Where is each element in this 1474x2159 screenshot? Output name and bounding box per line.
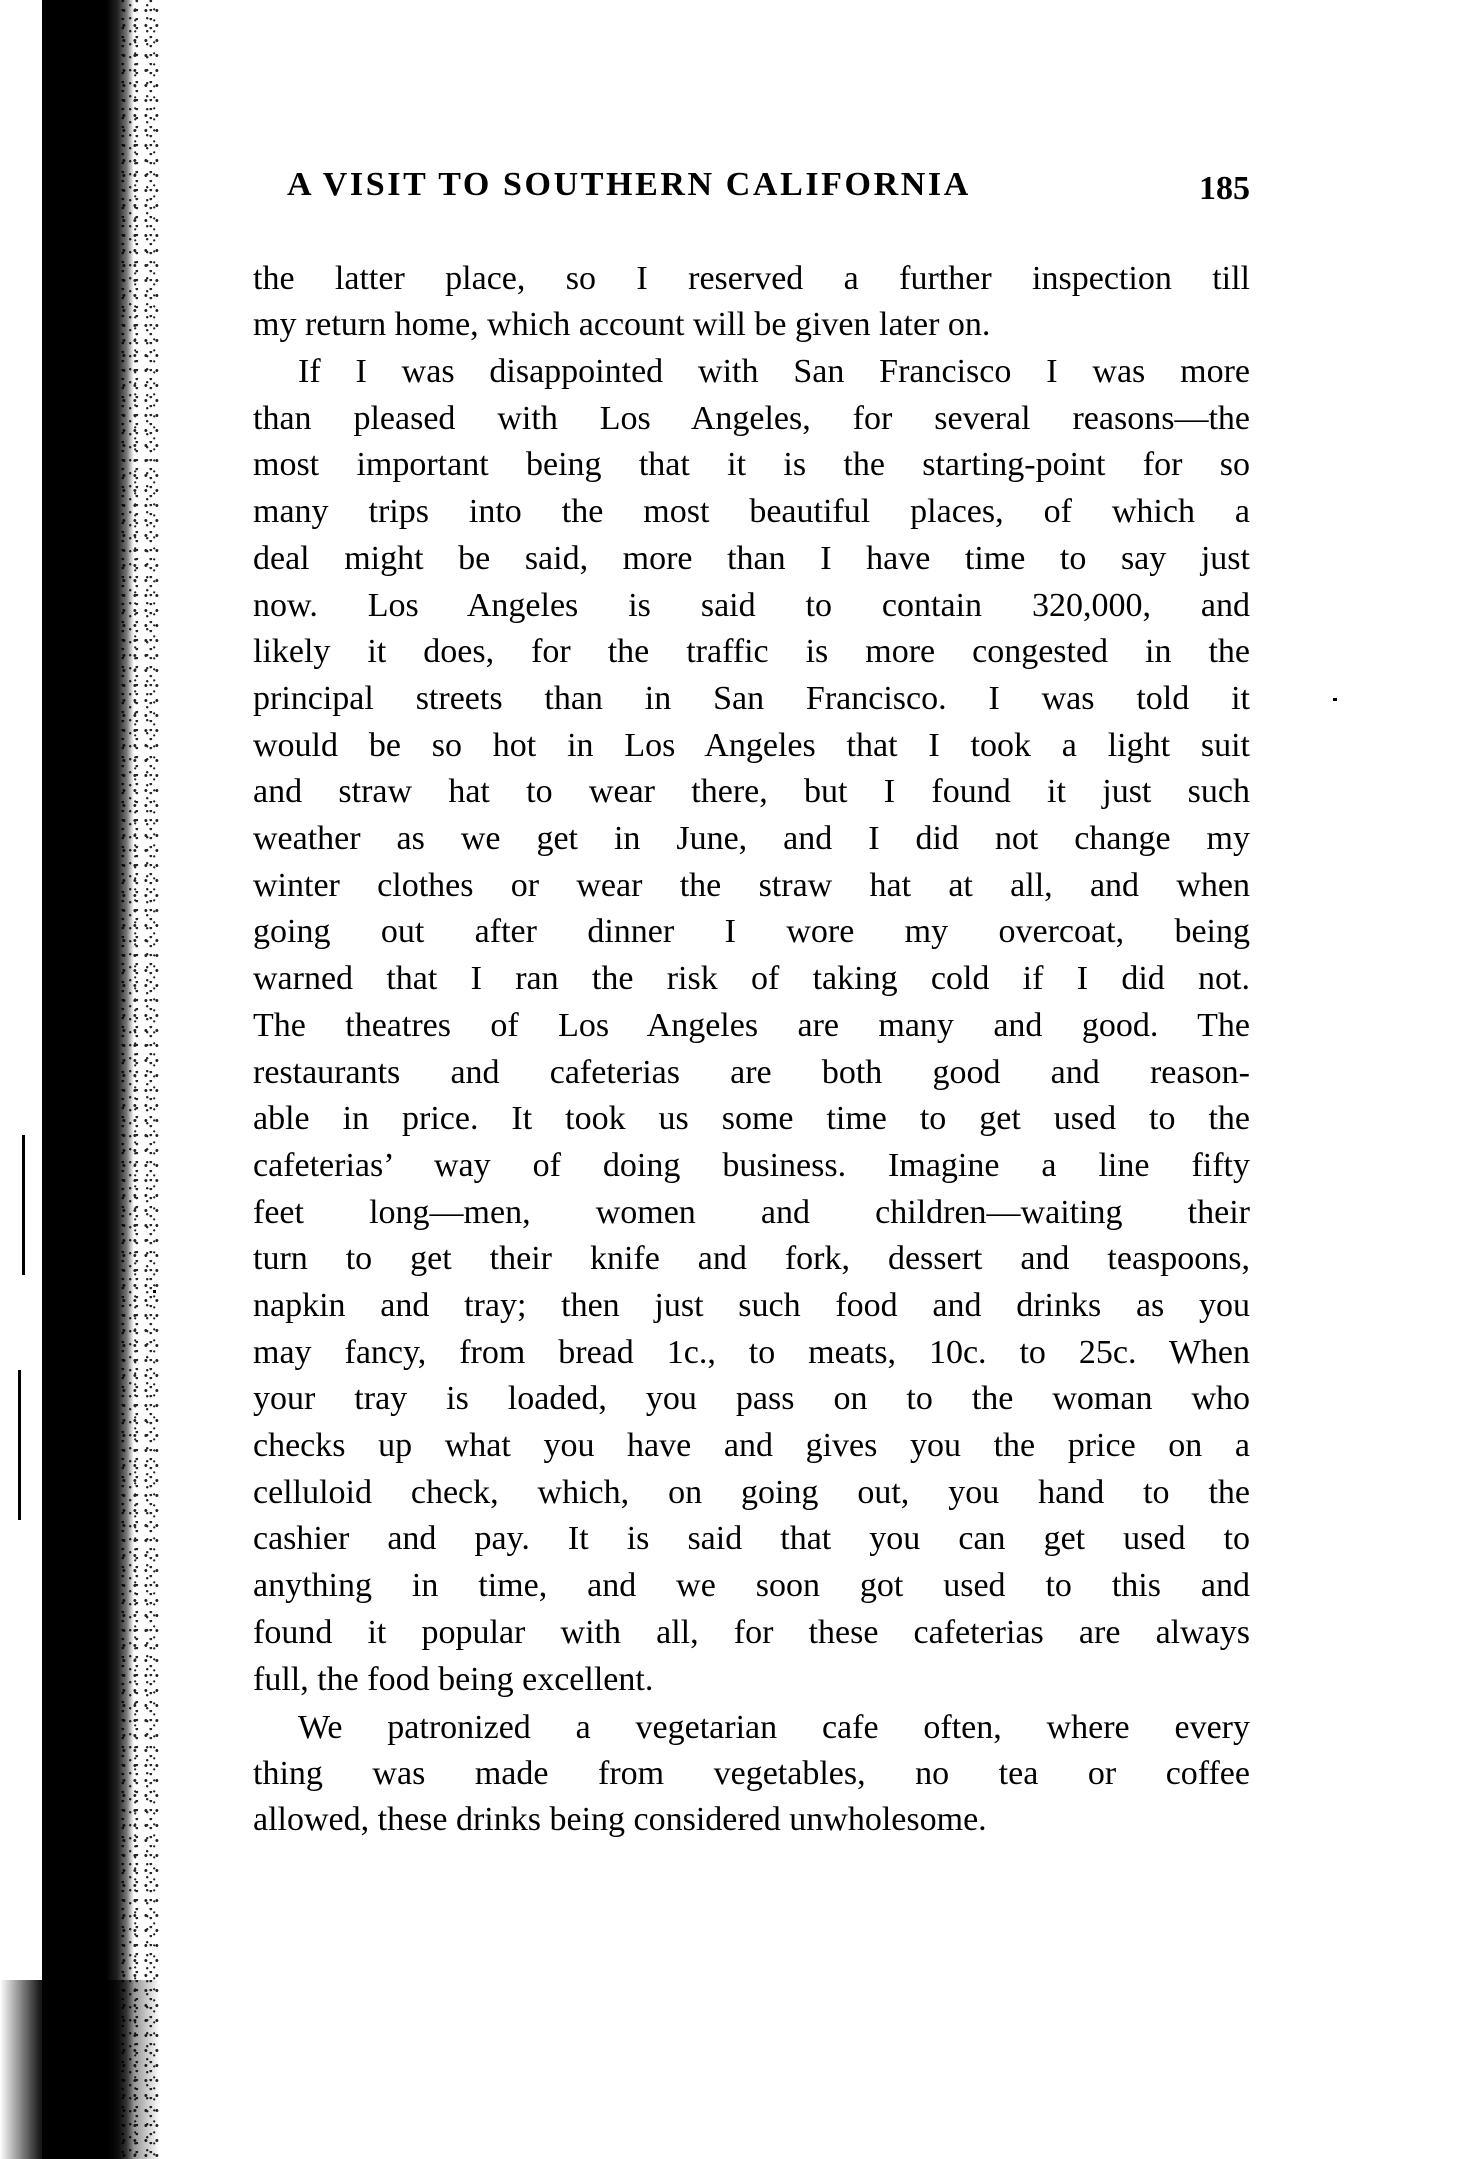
text-line: and straw hat to wear there, but I found… [253,769,1250,815]
text-line: found it popular with all, for these caf… [253,1610,1250,1656]
text-line: may fancy, from bread 1c., to meats, 10c… [253,1330,1250,1376]
text-line: deal might be said, more than I have tim… [253,536,1250,582]
running-head-title: A VISIT TO SOUTHERN CALIFORNIA [287,160,971,210]
text-line: than pleased with Los Angeles, for sever… [253,396,1250,442]
binding-bottom-shadow [0,1980,160,2159]
text-line: weather as we get in June, and I did not… [253,816,1250,862]
text-line: warned that I ran the risk of taking col… [253,956,1250,1002]
text-line: full, the food being excellent. [253,1657,1250,1703]
text-line: principal streets than in San Francisco.… [253,676,1250,722]
text-line: If I was disappointed with San Francisco… [298,349,1250,395]
book-page: A VISIT TO SOUTHERN CALIFORNIA 185 the l… [0,0,1474,2159]
text-line: going out after dinner I wore my overcoa… [253,909,1250,955]
text-line: many trips into the most beautiful place… [253,489,1250,535]
text-line: We patronized a vegetarian cafe often, w… [298,1705,1250,1751]
text-line: now. Los Angeles is said to contain 320,… [253,583,1250,629]
text-line: checks up what you have and gives you th… [253,1423,1250,1469]
text-line: cashier and pay. It is said that you can… [253,1516,1250,1562]
page-number: 185 [1199,164,1250,214]
page-edge-mark [18,1370,21,1520]
text-line: winter clothes or wear the straw hat at … [253,863,1250,909]
text-line: turn to get their knife and fork, desser… [253,1236,1250,1282]
text-line: able in price. It took us some time to g… [253,1096,1250,1142]
text-line: feet long—men, women and children—waitin… [253,1190,1250,1236]
text-line: restaurants and cafeterias are both good… [253,1050,1250,1096]
text-line: allowed, these drinks being considered u… [253,1797,1250,1843]
text-line: the latter place, so I reserved a furthe… [253,256,1250,302]
text-line: most important being that it is the star… [253,442,1250,488]
text-line: celluloid check, which, on going out, yo… [253,1470,1250,1516]
text-line: The theatres of Los Angeles are many and… [253,1003,1250,1049]
page-edge-mark [22,1135,25,1275]
text-line: anything in time, and we soon got used t… [253,1563,1250,1609]
running-head: A VISIT TO SOUTHERN CALIFORNIA 185 [287,160,1250,210]
scan-speck [1333,698,1337,701]
text-line: my return home, which account will be gi… [253,302,1250,348]
scan-speck [153,1290,156,1293]
text-line: your tray is loaded, you pass on to the … [253,1376,1250,1422]
binding-edge-noise [120,0,160,2159]
text-line: likely it does, for the traffic is more … [253,629,1250,675]
text-line: thing was made from vegetables, no tea o… [253,1751,1250,1797]
text-line: cafeterias’ way of doing business. Imagi… [253,1143,1250,1189]
text-line: napkin and tray; then just such food and… [253,1283,1250,1329]
text-line: would be so hot in Los Angeles that I to… [253,723,1250,769]
